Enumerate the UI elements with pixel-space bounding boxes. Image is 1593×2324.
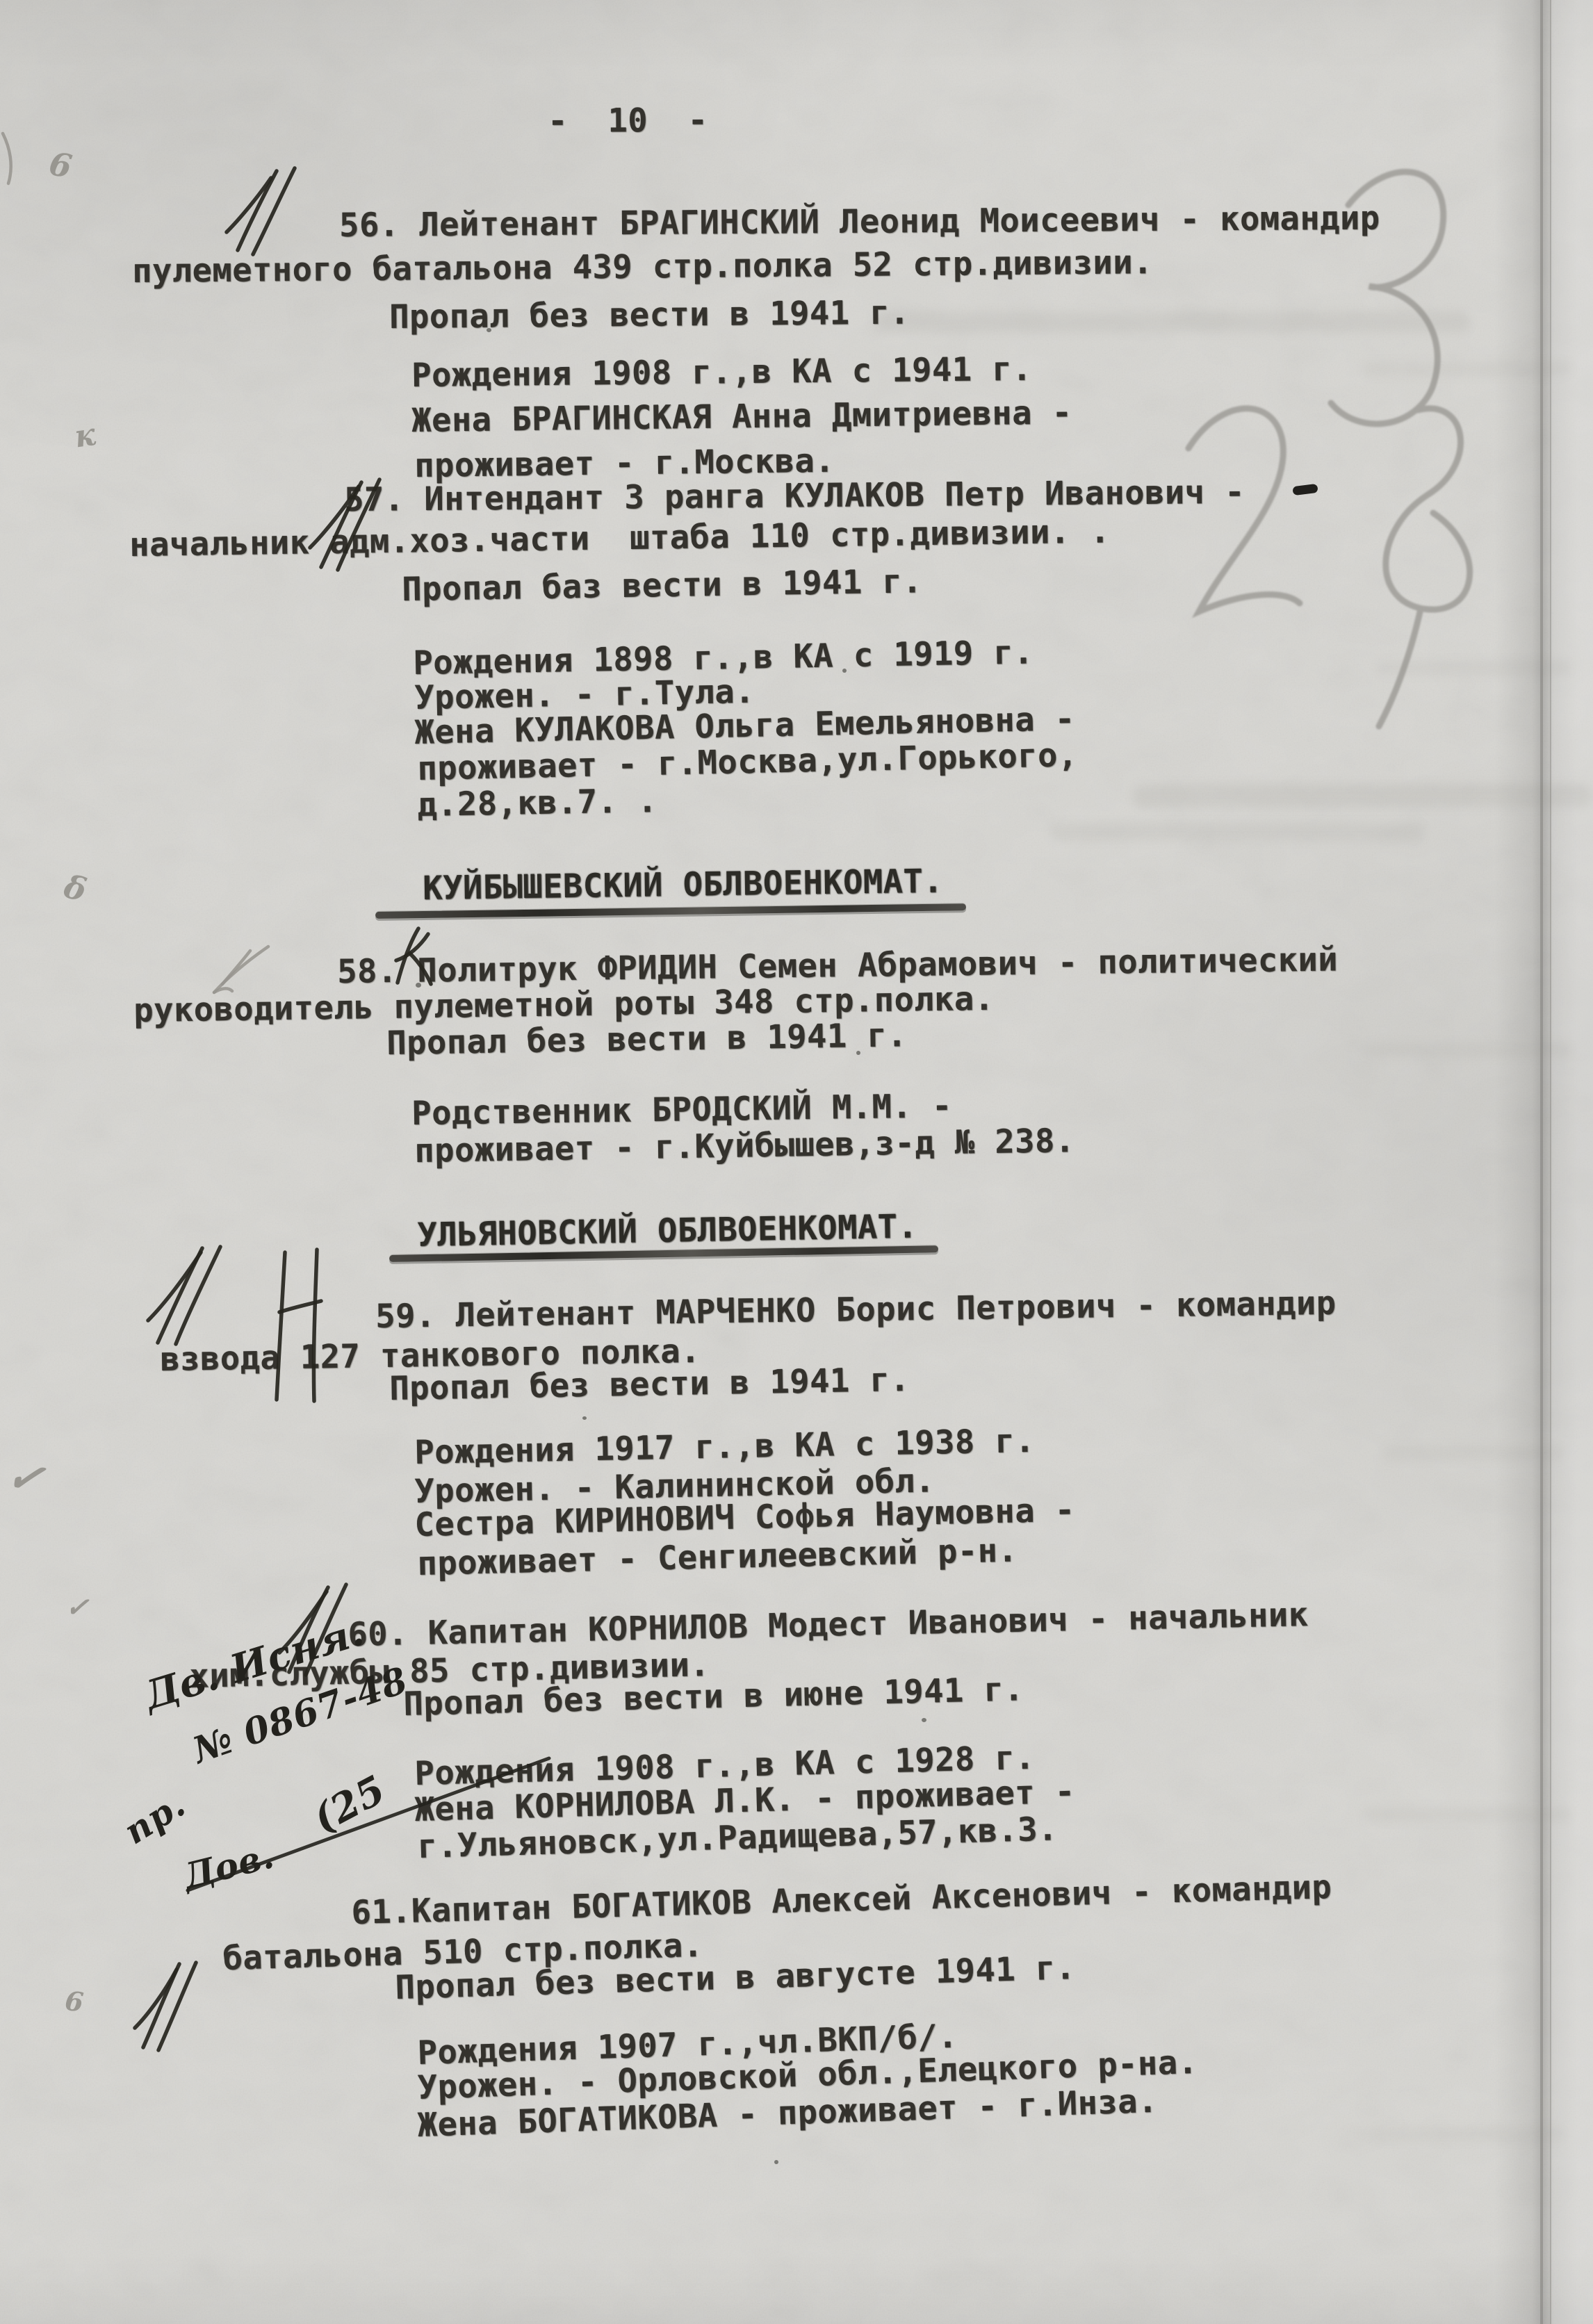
page-edge-strip [1551,0,1593,2324]
bleedthrough-smudge [1369,2127,1564,2142]
speck [842,669,847,673]
ink-checkmark-entry-61 [129,1958,199,2052]
entry-58-status-line: Пропал без вести в 1941 г. [386,1018,907,1062]
entry-60-line-1: 60. Капитан КОРНИЛОВ Модест Иванович - н… [348,1598,1309,1653]
pencil-glyph-delta: δ [60,867,90,909]
bleedthrough-smudge [1049,823,1425,841]
ink-checkmark-entry-57 [303,475,383,573]
pencil-edge-curve [0,131,21,193]
entry-57-detail-5: д.28,кв.7. . [417,784,657,824]
speck [774,2160,778,2164]
ink-vertical-mark-entry-59 [272,1245,332,1405]
speck [856,1051,860,1055]
pencil-page-mark-328 [1140,139,1529,764]
entry-56-detail-2: Жена БРАГИНСКАЯ Анна Дмитриевна - [411,395,1072,439]
margin-handwritten-note: Дв. Исня. № 0867-48 пр. (25 Дов. [97,1668,542,1918]
pencil-glyph-k: к [72,417,98,455]
entry-57-status-line: Пропал баз вести в 1941 г. [402,564,922,608]
page-number: - 10 - [548,104,708,140]
ink-checkmark-entry-56 [222,165,299,256]
scanned-page: - 10 - 56. Лейтенант БРАГИНСКИЙ Леонид М… [0,0,1593,2324]
bleedthrough-smudge [1383,1446,1564,1461]
bleedthrough-smudge [1133,784,1592,808]
entry-57-line-2: начальник адм.хоз.части штаба 110 стр.ди… [129,514,1111,563]
pencil-check-mark-small: ✓ [65,1590,90,1624]
scanned-document-screenshot: { "document": { "page_number_label": "- … [0,0,1593,2324]
entry-58-detail-2: проживает - г.Куйбышев,з-д № 238. [414,1124,1075,1170]
entry-56-status-line: Пропал без вести в 1941 г. [389,295,910,335]
bleedthrough-smudge [1362,1807,1571,1822]
pencil-glyph-6-small: 6 [63,1985,85,2018]
speck [487,328,491,332]
pencil-check-mark: ✓ [1,1448,49,1507]
pencil-glyph-6: 6 [47,145,75,186]
bleedthrough-smudge [1362,1042,1571,1058]
entry-59-status-line: Пропал без вести в 1941 г. [389,1363,910,1407]
ink-checkmark-entry-59 [142,1243,226,1347]
speck [416,983,421,988]
entry-59-detail-1: Рождения 1917 г.,в КА с 1938 г. [414,1424,1036,1471]
speck [922,1718,926,1722]
pencil-arrow-mark-entry-58 [209,940,275,999]
ink-flourish-entry-58 [389,926,438,988]
page-edge-line [1540,0,1543,2324]
section-header-kuibyshev: КУЙБЫШЕВСКИЙ ОБЛВОЕНКОМАТ. [423,865,943,907]
speck [582,1416,587,1420]
entry-56-detail-1: Рождения 1908 г.,в КА с 1941 г. [411,352,1032,394]
entry-59-line-1: 59. Лейтенант МАРЧЕНКО Борис Петрович - … [375,1286,1337,1335]
